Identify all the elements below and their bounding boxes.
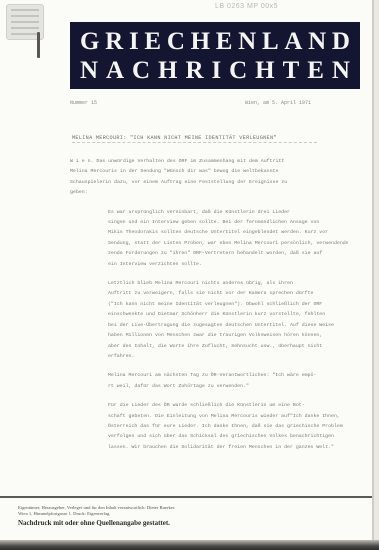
archive-note: LB 0263 MP 00x5 <box>215 3 278 10</box>
text-line: ein Interview verzichten sollte. <box>70 260 348 270</box>
text-line: Österreich das für eure Lieder. Ich dank… <box>70 422 348 432</box>
text-line: Mikis Theodorakis sollten deutsche Unter… <box>70 228 348 238</box>
text-line: W i e n. Das unwürdige Verhalten des ORF… <box>70 157 348 167</box>
text-line: Auftritt zu verweigern, falls sie nicht … <box>70 289 348 299</box>
document-page: LB 0263 MP 00x5 G R I E C H E N L A N D … <box>0 0 374 540</box>
reprint-notice: Nachdruck mit oder ohne Quellenangabe ge… <box>18 518 348 528</box>
text-line: Schauspielerin dazu, vor einem Auftrag e… <box>70 178 348 188</box>
article-paragraph: Letztlich blieb Melina Mercouri nichts a… <box>70 279 348 362</box>
article-paragraph: Für die Lieder des ÖR wurde schließlich … <box>70 401 348 453</box>
text-line: erfahren. <box>70 352 348 362</box>
text-line: rt weil, dafür das Wort Zuhörtage zu ver… <box>70 382 348 392</box>
text-line: schaft gebeten. Die Einleitung von Melin… <box>70 412 348 422</box>
text-line: lassen. Wir brauchen die Solidarität der… <box>70 443 348 453</box>
masthead-line-2: N A C H R I C H T E N <box>80 57 350 85</box>
text-line: Letztlich blieb Melina Mercouri nichts a… <box>70 279 348 289</box>
text-line: verfolgen und sich über das Schicksal de… <box>70 432 348 442</box>
masthead-line-1: G R I E C H E N L A N D <box>80 28 350 56</box>
article-paragraph: Es war ursprünglich vereinbart, daß die … <box>70 208 348 270</box>
article-paragraph: Melina Mercouri am nächsten Tag zu ÖR-Ve… <box>70 371 348 392</box>
place-date: Wien, am 5. April 1971 <box>245 100 311 106</box>
masthead: G R I E C H E N L A N D N A C H R I C H … <box>70 22 360 89</box>
text-line: einschwenkte und Dietmar Schönherr die K… <box>70 310 348 320</box>
scan-edge <box>0 540 379 550</box>
issue-number: Nummer 15 <box>70 100 97 106</box>
article-paragraph: W i e n. Das unwürdige Verhalten des ORF… <box>70 157 348 199</box>
text-line: bei der Live-Übertragung die zugesagten … <box>70 321 348 331</box>
text-line: Melina Mercouri am nächsten Tag zu ÖR-Ve… <box>70 371 348 381</box>
footer-divider <box>0 496 372 498</box>
text-line: Für die Lieder des ÖR wurde schließlich … <box>70 401 348 411</box>
text-line: aber den Inhalt, die Worte ihre Zuflucht… <box>70 342 348 352</box>
imprint-footer: Eigentümer, Herausgeber, Verleger und fü… <box>18 505 348 528</box>
text-line: Melina Mercouris in der Sendung "Wünsch … <box>70 167 348 177</box>
imprint-address: Wien 1, Himmelpfortgasse 1. Druck: Eigen… <box>18 511 348 517</box>
text-line: Es war ursprünglich vereinbart, daß die … <box>70 208 348 218</box>
article-body: W i e n. Das unwürdige Verhalten des ORF… <box>70 157 348 462</box>
article-headline: MELINA MERCOURI: "ICH KANN NICHT MEINE I… <box>72 135 317 143</box>
text-line: haben Millionen von Menschen zwar die tr… <box>70 331 348 341</box>
text-line: zende Forderungen zu "ihren" ORF-Vertret… <box>70 249 348 259</box>
text-line: ("Ich kann nicht meine Identität verleug… <box>70 300 348 310</box>
text-line: Sendung, statt der Listen Proben, war eb… <box>70 239 348 249</box>
ink-mark <box>37 32 40 58</box>
text-line: singen und ein Interview geben sollte. B… <box>70 218 348 228</box>
text-line: geben: <box>70 188 348 198</box>
